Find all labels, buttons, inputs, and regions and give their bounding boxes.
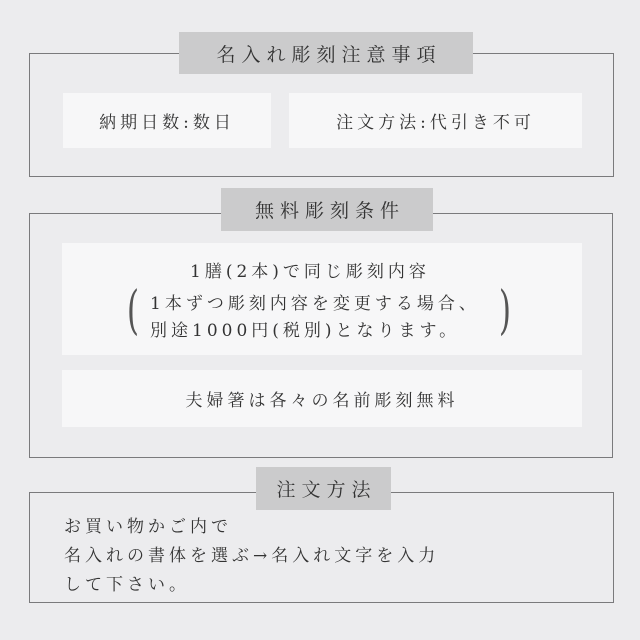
order-step-line-1: お買い物かご内で [64, 512, 232, 537]
paren-open: ( [127, 285, 142, 337]
free-engraving-condition-box: 1膳(2本)で同じ彫刻内容 ( 1本ずつ彫刻内容を変更する場合、 別途1000円… [62, 243, 582, 355]
condition-line-2: 1本ずつ彫刻内容を変更する場合、 [150, 289, 480, 314]
section-order-method-title: 注文方法 [256, 467, 391, 510]
section-free-engraving-title: 無料彫刻条件 [221, 188, 433, 231]
section-notes-title: 名入れ彫刻注意事項 [179, 32, 473, 74]
condition-line-3: 別途1000円(税別)となります。 [150, 316, 460, 341]
order-step-line-2: 名入れの書体を選ぶ→名入れ文字を入力 [64, 541, 439, 566]
condition-line-1: 1膳(2本)で同じ彫刻内容 [190, 257, 430, 282]
order-step-line-3: して下さい。 [64, 570, 190, 595]
delivery-days-box: 納期日数:数日 [63, 93, 271, 148]
order-method-note-box: 注文方法:代引き不可 [289, 93, 582, 148]
paren-close: ) [499, 285, 514, 337]
couple-chopsticks-box: 夫婦箸は各々の名前彫刻無料 [62, 370, 582, 427]
